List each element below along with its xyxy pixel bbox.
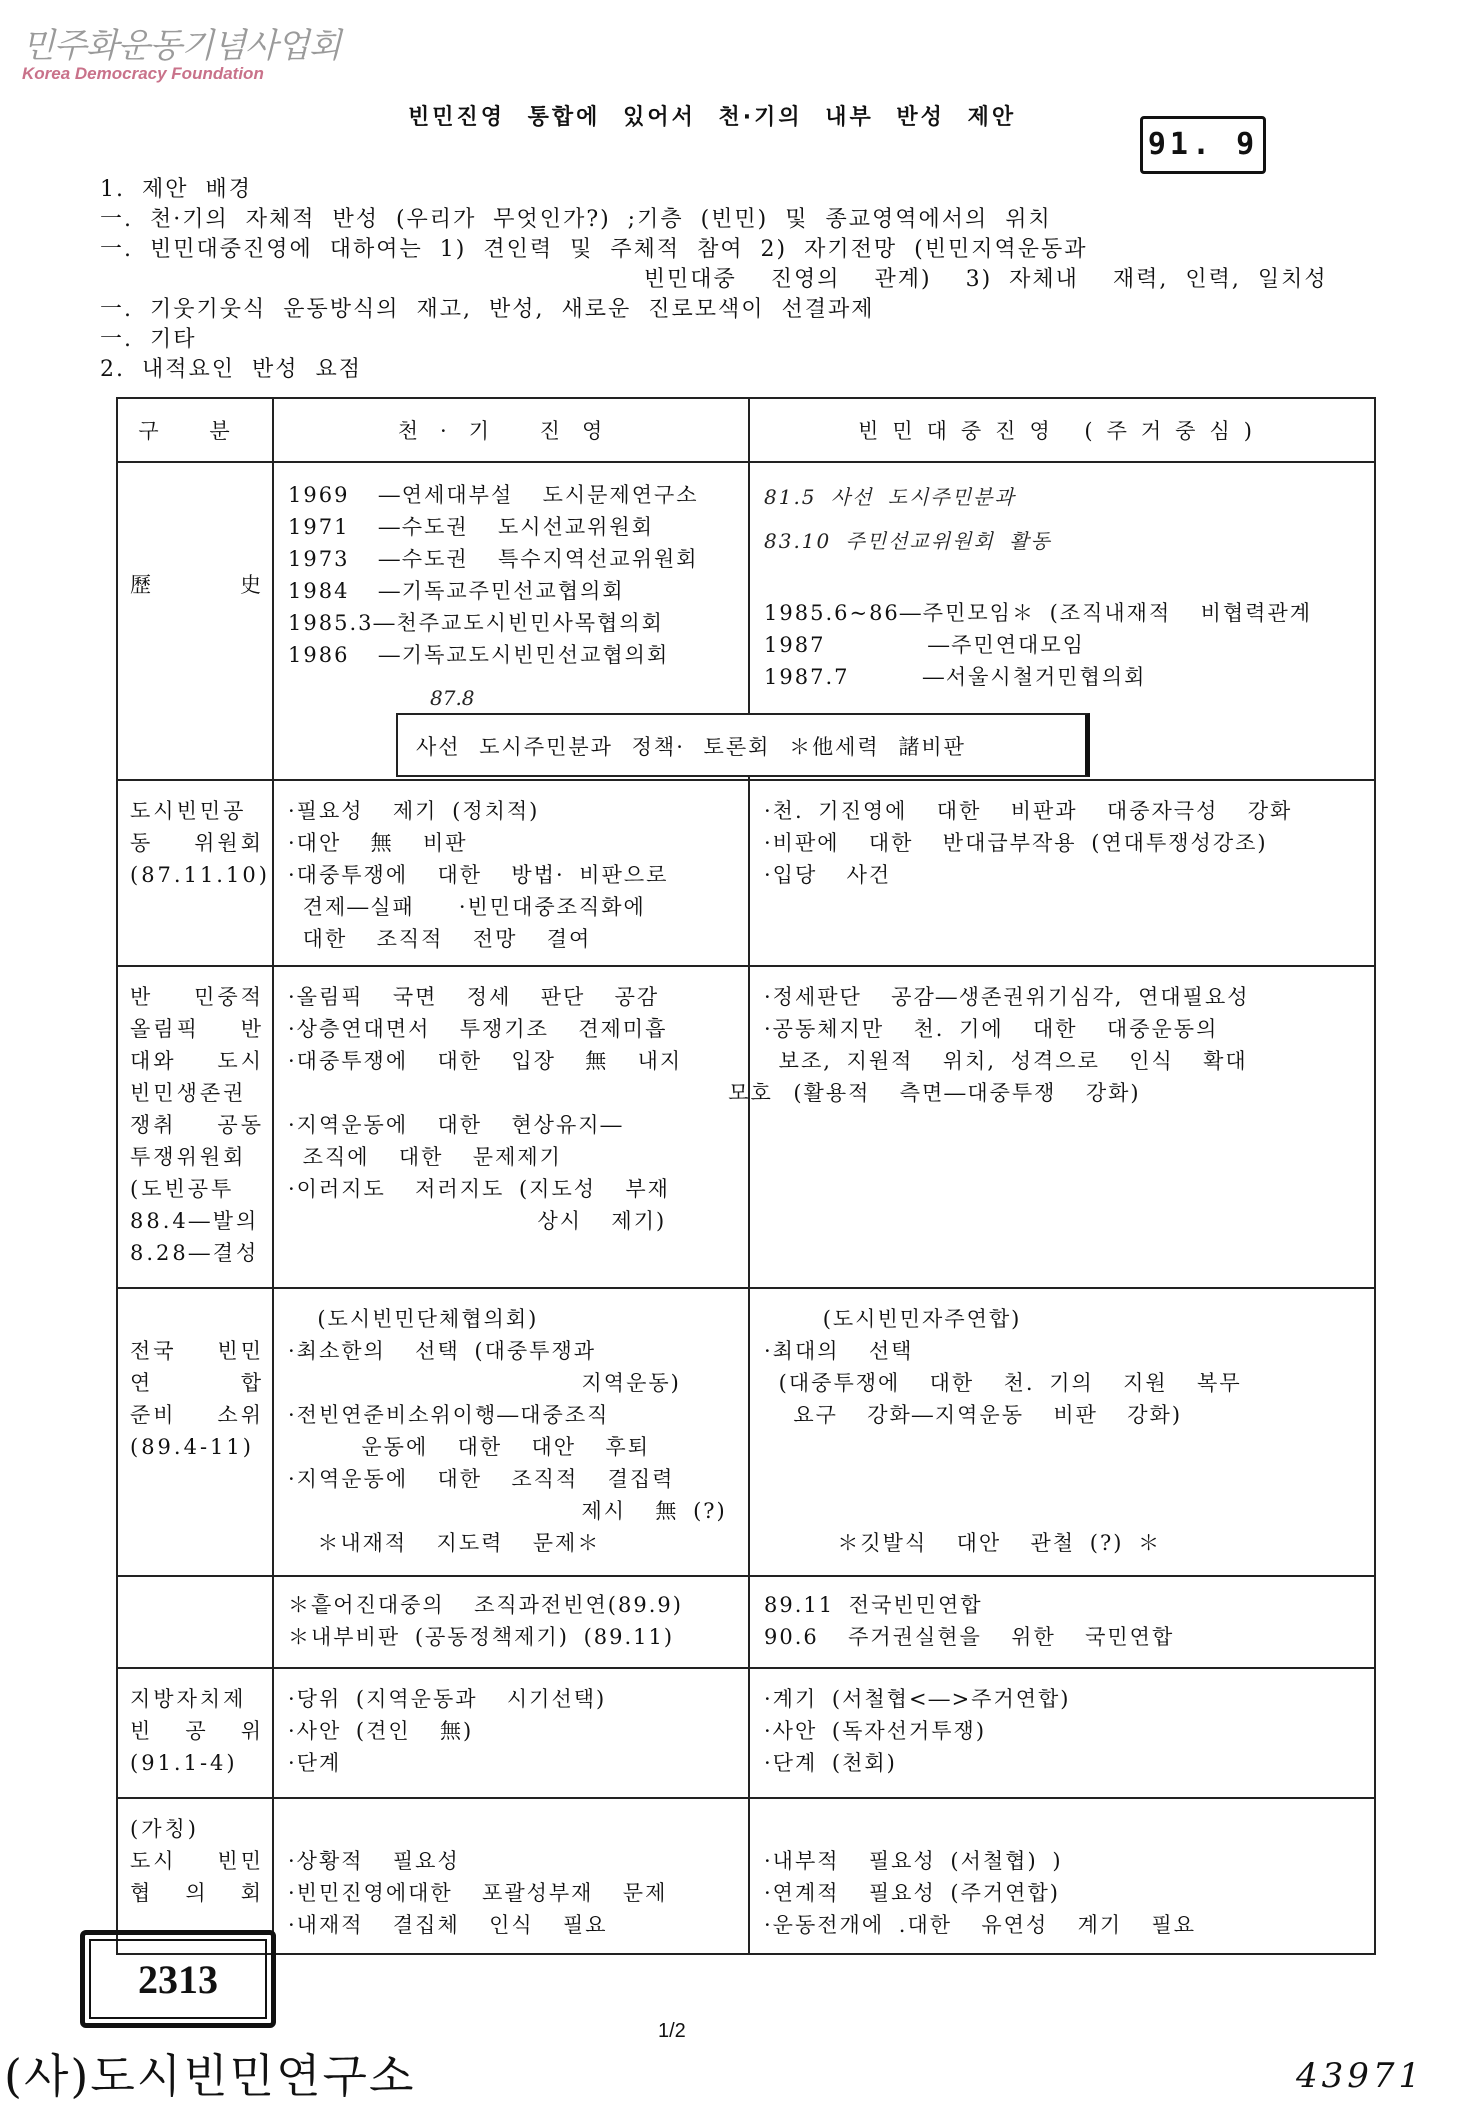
row-label-text: 연 합 <box>130 1367 264 1399</box>
list-item: ·단계 <box>288 1747 738 1779</box>
row-label-text: (91.1-4) <box>130 1747 264 1779</box>
list-item: ＊내부비판 (공동정책제기) (89.11) <box>288 1621 738 1653</box>
row-label-text: 도시빈민공 <box>130 795 264 827</box>
list-item: 1969 ―연세대부설 도시문제연구소 <box>288 479 738 511</box>
row-label-text: 대와 도시 <box>130 1045 264 1077</box>
list-item: ·연계적 필요성 (주거연합) <box>764 1877 1364 1909</box>
intro-line: 一. 빈민대중진영에 대하여는 1) 견인력 및 주체적 참여 2) 자기전망 … <box>100 232 1087 263</box>
row-label-text: 올림픽 반 <box>130 1013 264 1045</box>
list-item: ·천. 기진영에 대한 비판과 대중자극성 강화 <box>764 795 1364 827</box>
list-item: 조직에 대한 문제제기 <box>288 1141 738 1173</box>
spacer <box>764 1431 1364 1463</box>
spacer <box>764 1463 1364 1495</box>
masses-cell: (도시빈민자주연합) ·최대의 선택 (대중투쟁에 대한 천. 기의 지원 복무… <box>749 1288 1375 1576</box>
list-item: (활용적 측면―대중투쟁 강화) <box>764 1077 1364 1109</box>
row-label-text: 8.28―결성 <box>130 1237 264 1269</box>
list-item: 90.6 주거권실현을 위한 국민연합 <box>764 1621 1364 1653</box>
list-item: 1985.3―천주교도시빈민사목협의회 <box>288 607 738 639</box>
row-label-text: (87.11.10) <box>130 859 264 891</box>
list-item: ·계기 (서철협<―>주거연합) <box>764 1683 1364 1715</box>
row-label-text: 전국 빈민 <box>130 1335 264 1367</box>
table-header-row: 구 분 천·기 진영 빈민대중진영 (주거중심) <box>117 398 1375 462</box>
list-item: ·사안 (견인 無) <box>288 1715 738 1747</box>
list-item: 1985.6~86―주민모임＊ (조직내재적 비협력관계 <box>764 597 1364 629</box>
list-item: ·필요성 제기 (정치적) <box>288 795 738 827</box>
row-label-text: (도빈공투 <box>130 1173 264 1205</box>
masses-cell: ·천. 기진영에 대한 비판과 대중자극성 강화 ·비판에 대한 반대급부작용 … <box>749 780 1375 966</box>
row-label-text: 반 민중적 <box>130 981 264 1013</box>
header-category: 구 분 <box>117 398 273 462</box>
foundation-logo-korean: 민주화운동기념사업회 <box>22 18 340 67</box>
list-item: ·상황적 필요성 <box>288 1845 738 1877</box>
list-item: ＊흩어진대중의 조직과전빈연(89.9) <box>288 1589 738 1621</box>
table-row-federation-formation: ＊흩어진대중의 조직과전빈연(89.9) ＊내부비판 (공동정책제기) (89.… <box>117 1576 1375 1668</box>
masses-cell: 89.11 전국빈민연합 90.6 주거권실현을 위한 국민연합 <box>749 1576 1375 1668</box>
list-item: 1987.7 ―서울시철거민협의회 <box>764 661 1364 693</box>
list-item: 제시 無 (?) <box>288 1495 738 1527</box>
document-title: 빈민진영 통합에 있어서 천·기의 내부 반성 제안 <box>408 100 1016 131</box>
section-heading-1: 1. 제안 배경 <box>100 172 252 203</box>
list-item: ·내재적 결집체 인식 필요 <box>288 1909 738 1941</box>
row-label: 전국 빈민 연 합 준비 소위 (89.4-11) <box>117 1288 273 1576</box>
handwritten-note: 81.5 사선 도시주민분과 <box>764 481 1364 513</box>
masses-cell: ·내부적 필요성 (서철협) ) ·연계적 필요성 (주거연합) ·운동전개에 … <box>749 1798 1375 1954</box>
table-row-anti-olympic: 반 민중적 올림픽 반 대와 도시 빈민생존권 쟁취 공동 투쟁위원회 (도빈공… <box>117 966 1375 1288</box>
list-item: (도시빈민단체협의회) <box>288 1303 738 1335</box>
list-item: 1971 ―수도권 도시선교위원회 <box>288 511 738 543</box>
list-item: ·공동체지만 천. 기에 대한 대중운동의 <box>764 1013 1364 1045</box>
table-row-urban-poor-council: (가칭) 도시 빈민 협 의 회 ·상황적 필요성 ·빈민진영에대한 포괄성부재… <box>117 1798 1375 1954</box>
date-stamp: 91. 9 <box>1140 116 1266 174</box>
intro-line: 一. 기웃기웃식 운동방식의 재고, 반성, 새로운 진로모색이 선결과제 <box>100 292 875 323</box>
row-label: 반 민중적 올림픽 반 대와 도시 빈민생존권 쟁취 공동 투쟁위원회 (도빈공… <box>117 966 273 1288</box>
row-label: 도시빈민공 동 위원회 (87.11.10) <box>117 780 273 966</box>
list-item: ·대중투쟁에 대한 방법· 비판으로 <box>288 859 738 891</box>
page-number: 1/2 <box>658 2020 686 2043</box>
list-item: ＊깃발식 대안 관철 (?) ＊ <box>764 1527 1364 1559</box>
list-item: 대한 조직적 전망 결여 <box>288 923 738 955</box>
list-item: 운동에 대한 대안 후퇴 <box>288 1431 738 1463</box>
spacer <box>764 1813 1364 1845</box>
table-row-local-autonomy: 지방자치제 빈 공 위 (91.1-4) ·당위 (지역운동과 시기선택) ·사… <box>117 1668 1375 1798</box>
row-label-text: 쟁취 공동 <box>130 1109 264 1141</box>
list-item: 1986 ―기독교도시빈민선교협의회 <box>288 639 738 671</box>
intro-line: 一. 기타 <box>100 322 197 353</box>
list-item: ·비판에 대한 반대급부작용 (연대투쟁성강조) <box>764 827 1364 859</box>
intro-line: 빈민대중 진영의 관계) 3) 자체내 재력, 인력, 일치성 <box>100 262 1328 293</box>
list-item: ·단계 (천회) <box>764 1747 1364 1779</box>
list-item: (도시빈민자주연합) <box>764 1303 1364 1335</box>
list-item: ·내부적 필요성 (서철협) ) <box>764 1845 1364 1877</box>
list-item: 모호 <box>288 1077 738 1109</box>
row-label-text: 빈 공 위 <box>130 1715 264 1747</box>
masses-cell: ·계기 (서철협<―>주거연합) ·사안 (독자선거투쟁) ·단계 (천회) <box>749 1668 1375 1798</box>
list-item: ·대중투쟁에 대한 입장 無 내지 <box>288 1045 738 1077</box>
row-label-text: 지방자치제 <box>130 1683 264 1715</box>
archive-number: 43971 <box>1296 2056 1424 2096</box>
list-item: 견제―실패 ·빈민대중조직화에 <box>288 891 738 923</box>
list-item: ·지역운동에 대한 현상유지― <box>288 1109 738 1141</box>
row-label: 歷 史 <box>117 462 273 780</box>
church-cell: ·필요성 제기 (정치적) ·대안 無 비판 ·대중투쟁에 대한 방법· 비판으… <box>273 780 749 966</box>
list-item: ·상층연대면서 투쟁기조 견제미흡 <box>288 1013 738 1045</box>
list-item: 1987 ―주민연대모임 <box>764 629 1364 661</box>
list-item: ·올림픽 국면 정세 판단 공감 <box>288 981 738 1013</box>
list-item: ·이러지도 저러지도 (지도성 부재 <box>288 1173 738 1205</box>
spacer <box>764 1495 1364 1527</box>
church-cell: (도시빈민단체협의회) ·최소한의 선택 (대중투쟁과 지역운동) ·전빈연준비… <box>273 1288 749 1576</box>
list-item: (대중투쟁에 대한 천. 기의 지원 복무 <box>764 1367 1364 1399</box>
list-item: ＊내재적 지도력 문제＊ <box>288 1527 738 1559</box>
table-row-urban-poor-committee: 도시빈민공 동 위원회 (87.11.10) ·필요성 제기 (정치적) ·대안… <box>117 780 1375 966</box>
list-item: ·최소한의 선택 (대중투쟁과 <box>288 1335 738 1367</box>
list-item: ·최대의 선택 <box>764 1335 1364 1367</box>
row-label-text: 협 의 회 <box>130 1877 264 1909</box>
header-masses-camp: 빈민대중진영 (주거중심) <box>749 398 1375 462</box>
handwritten-note: 83.10 주민선교위원회 활동 <box>764 525 1364 557</box>
list-item: ·정세판단 공감―생존권위기심각, 연대필요성 <box>764 981 1364 1013</box>
church-cell: ·당위 (지역운동과 시기선택) ·사안 (견인 無) ·단계 <box>273 1668 749 1798</box>
row-label-text: 歷 史 <box>130 569 264 601</box>
row-label-text: 동 위원회 <box>130 827 264 859</box>
list-item: ·당위 (지역운동과 시기선택) <box>288 1683 738 1715</box>
reflection-table: 구 분 천·기 진영 빈민대중진영 (주거중심) 歷 史 1969 ―연세대부설… <box>116 397 1376 1955</box>
row-label-text: 투쟁위원회 <box>130 1141 264 1173</box>
handwritten-date-note: 87.8 <box>430 686 475 710</box>
header-church-camp: 천·기 진영 <box>273 398 749 462</box>
list-item: ·사안 (독자선거투쟁) <box>764 1715 1364 1747</box>
policy-forum-box: 사선 도시주민분과 정책· 토론회 ＊他세력 諸비판 <box>396 713 1090 777</box>
foundation-logo-english: Korea Democracy Foundation <box>22 64 264 84</box>
list-item: ·지역운동에 대한 조직적 결집력 <box>288 1463 738 1495</box>
document-number-stamp: 2313 <box>80 1930 276 2028</box>
list-item: 1973 ―수도권 특수지역선교위원회 <box>288 543 738 575</box>
list-item: 지역운동) <box>288 1367 738 1399</box>
church-cell: ＊흩어진대중의 조직과전빈연(89.9) ＊내부비판 (공동정책제기) (89.… <box>273 1576 749 1668</box>
row-label-text: 준비 소위 <box>130 1399 264 1431</box>
intro-line: 一. 천·기의 자체적 반성 (우리가 무엇인가?) ;기층 (빈민) 및 종교… <box>100 202 1052 233</box>
list-item: 89.11 전국빈민연합 <box>764 1589 1364 1621</box>
list-item: ·입당 사건 <box>764 859 1364 891</box>
church-cell: ·상황적 필요성 ·빈민진영에대한 포괄성부재 문제 ·내재적 결집체 인식 필… <box>273 1798 749 1954</box>
table-row-national-federation-prep: 전국 빈민 연 합 준비 소위 (89.4-11) (도시빈민단체협의회) ·최… <box>117 1288 1375 1576</box>
list-item: ·빈민진영에대한 포괄성부재 문제 <box>288 1877 738 1909</box>
list-item: ·전빈연준비소위이행―대중조직 <box>288 1399 738 1431</box>
list-item: 상시 제기) <box>288 1205 738 1237</box>
church-cell: ·올림픽 국면 정세 판단 공감 ·상층연대면서 투쟁기조 견제미흡 ·대중투쟁… <box>273 966 749 1288</box>
list-item: 요구 강화―지역운동 비판 강화) <box>764 1399 1364 1431</box>
row-label-text: (가칭) <box>130 1813 264 1845</box>
row-label-text: 88.4―발의 <box>130 1205 264 1237</box>
document-number-text: 2313 <box>89 1939 267 2019</box>
list-item: 보조, 지원적 위치, 성격으로 인식 확대 <box>764 1045 1364 1077</box>
masses-cell: ·정세판단 공감―생존권위기심각, 연대필요성 ·공동체지만 천. 기에 대한 … <box>749 966 1375 1288</box>
list-item: 1984 ―기독교주민선교협의회 <box>288 575 738 607</box>
row-label-text: (89.4-11) <box>130 1431 264 1463</box>
row-label <box>117 1576 273 1668</box>
list-item: ·운동전개에 .대한 유연성 계기 필요 <box>764 1909 1364 1941</box>
row-label-text: 빈민생존권 <box>130 1077 264 1109</box>
spacer <box>288 1813 738 1845</box>
list-item: ·대안 無 비판 <box>288 827 738 859</box>
row-label: 지방자치제 빈 공 위 (91.1-4) <box>117 1668 273 1798</box>
section-heading-2: 2. 내적요인 반성 요점 <box>100 352 362 383</box>
row-label-text: 도시 빈민 <box>130 1845 264 1877</box>
organization-signature: (사)도시빈민연구소 <box>4 2040 415 2106</box>
